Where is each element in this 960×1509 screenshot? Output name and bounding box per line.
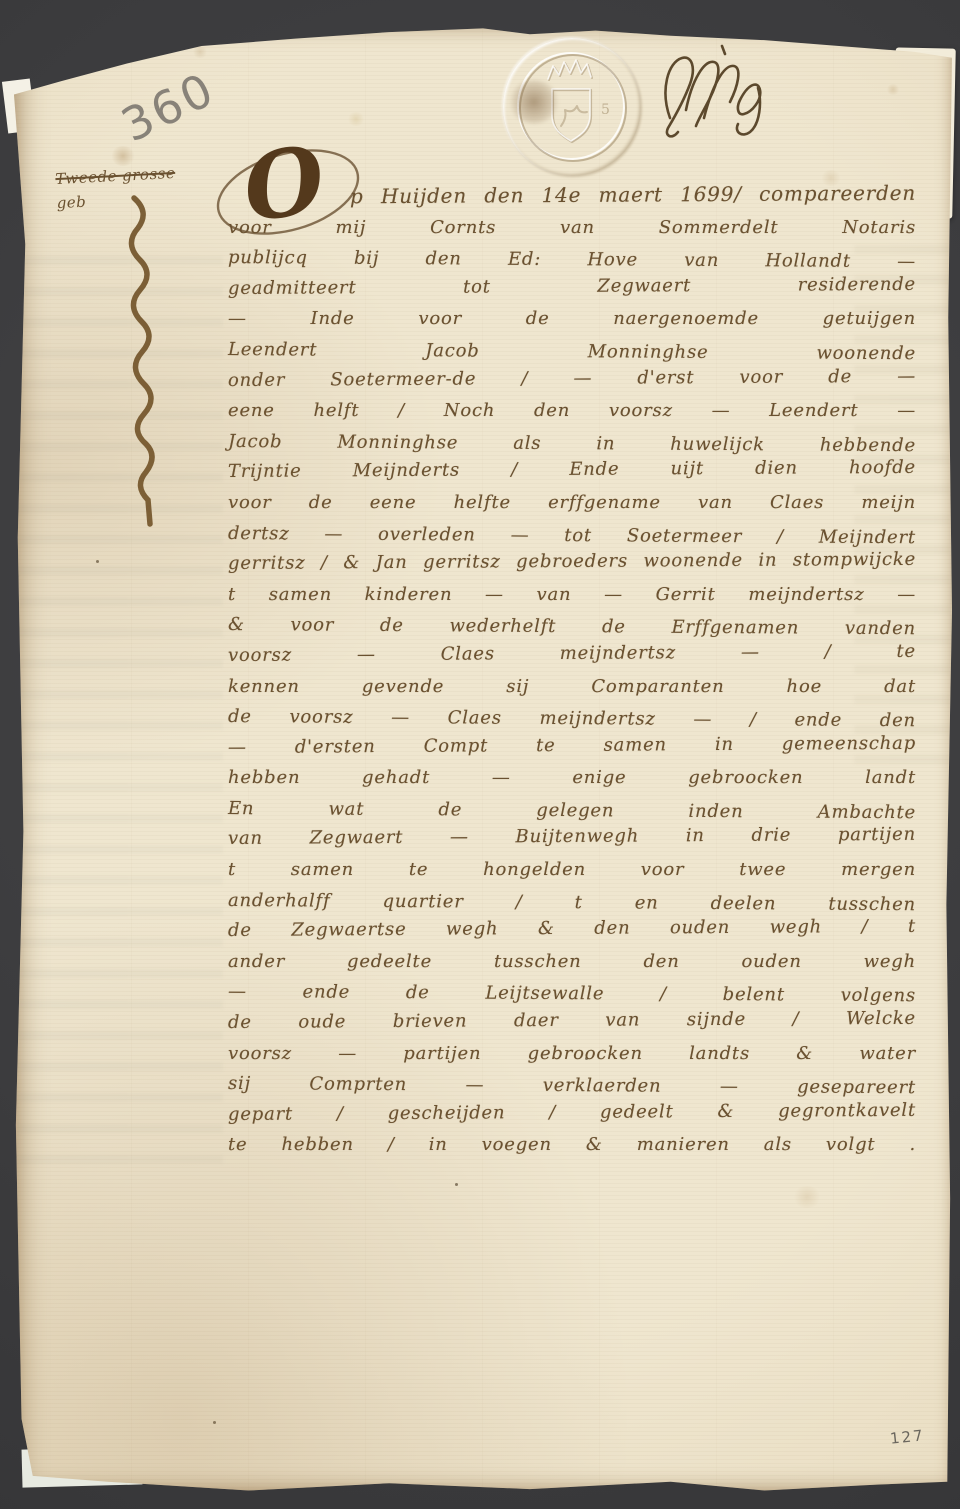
manuscript-line: voorsz — partijen gebroocken landts & wa…: [228, 1039, 916, 1070]
manuscript-line: hebben gehadt — enige gebroocken landt: [228, 763, 916, 794]
manuscript-line: t samen kinderen — van — Gerrit meijnder…: [228, 580, 916, 611]
manuscript-line: gerritsz / & Jan gerritsz gebroeders woo…: [228, 545, 916, 580]
manuscript-line: t samen te hongelden voor twee mergen: [228, 855, 916, 886]
manuscript-line: ander gedeelte tusschen den ouden wegh: [228, 947, 916, 978]
manuscript-line: p Huijden den 14e maert 1699/ compareerd…: [228, 178, 916, 213]
seal-value: 5: [601, 102, 610, 118]
manuscript-line: de Zegwaertse wegh & den ouden wegh / t: [228, 912, 916, 947]
ink-speck: [455, 1183, 458, 1186]
manuscript-line: — d'ersten Compt te samen in gemeenschap: [228, 728, 916, 763]
manuscript-line: de oude brieven daer van sijnde / Welcke: [228, 1004, 916, 1039]
manuscript-line: te hebben / in voegen & manieren als vol…: [228, 1130, 916, 1161]
notary-paraph-monogram: [652, 40, 782, 140]
manuscript-line: voor mij Cornts van Sommerdelt Notaris: [228, 213, 916, 244]
manuscript-line: Trijntie Meijnderts / Ende uijt dien hoo…: [228, 453, 916, 488]
manuscript-page: 5 360 Tweede grosse geb: [14, 24, 952, 1492]
archive-number-pencil: 360: [113, 62, 224, 153]
manuscript-line: voor de eene helfte erffgename van Claes…: [228, 488, 916, 519]
stain: [792, 1186, 822, 1208]
ink-speck: [96, 560, 99, 563]
stain: [347, 112, 365, 126]
margin-note-line2: geb: [56, 193, 86, 213]
manuscript-line: — Inde voor de naergenoemde getuijgen: [228, 304, 916, 335]
ink-speck: [213, 1421, 216, 1424]
manuscript-line: geadmitteert tot Zegwaert residerende: [228, 270, 916, 305]
manuscript-line: eene helft / Noch den voorsz — Leendert …: [228, 396, 916, 427]
margin-note-line1: Tweede grosse: [55, 164, 176, 188]
stain: [886, 84, 900, 95]
margin-squiggle-line: [100, 196, 160, 536]
photograph-background: 5 360 Tweede grosse geb: [0, 0, 960, 1509]
manuscript-line: gepart / gescheijden / gedeelt & gegront…: [228, 1096, 916, 1131]
manuscript-line: kennen gevende sij Comparanten hoe dat: [228, 672, 916, 703]
seal-relief-drawing: 5: [503, 38, 641, 176]
manuscript-text: p Huijden den 14e maert 1699/ compareerd…: [228, 182, 916, 1161]
embossed-seal: 5: [503, 38, 641, 176]
manuscript-line: voorsz — Claes meijndertsz — / te: [228, 637, 916, 672]
manuscript-line: onder Soetermeer-de / — d'erst voor de —: [228, 361, 916, 396]
manuscript-line: van Zegwaert — Buijtenwegh in drie parti…: [228, 820, 916, 855]
page-number-pencil: 127: [889, 1426, 925, 1448]
stain: [192, 46, 208, 58]
